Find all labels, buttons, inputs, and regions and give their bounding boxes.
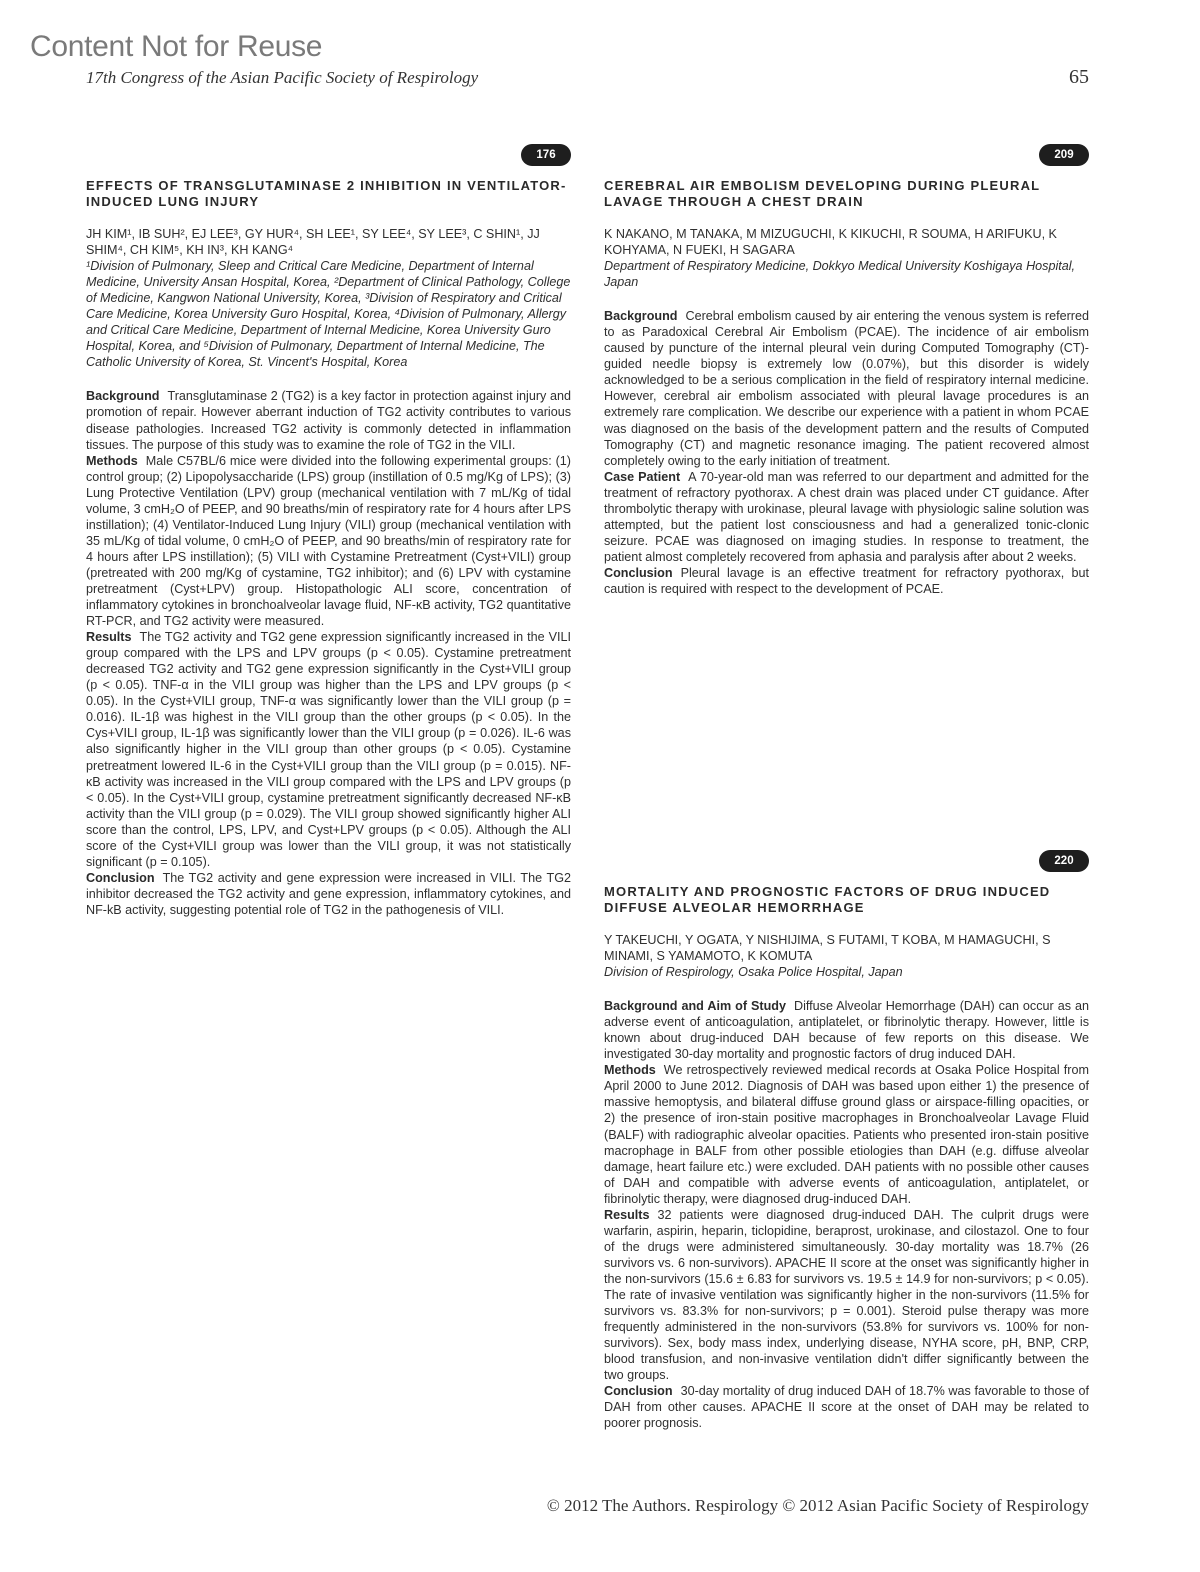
abstract-title: EFFECTS OF TRANSGLUTAMINASE 2 INHIBITION…	[86, 178, 571, 210]
section-label: Results	[604, 1208, 650, 1222]
abstract-176: 176 EFFECTS OF TRANSGLUTAMINASE 2 INHIBI…	[86, 144, 571, 918]
section-background: BackgroundTransglutaminase 2 (TG2) is a …	[86, 388, 571, 452]
section-label: Conclusion	[604, 566, 673, 580]
section-label: Background and Aim of Study	[604, 999, 786, 1013]
section-text: We retrospectively reviewed medical reco…	[604, 1063, 1089, 1205]
abstract-authors: JH KIM¹, IB SUH², EJ LEE³, GY HUR⁴, SH L…	[86, 226, 571, 258]
section-text: The TG2 activity and gene expression wer…	[86, 871, 571, 917]
section-label: Methods	[604, 1063, 656, 1077]
section-methods: MethodsMale C57BL/6 mice were divided in…	[86, 453, 571, 630]
section-text: The TG2 activity and TG2 gene expression…	[86, 630, 571, 869]
section-background-aim: Background and Aim of StudyDiffuse Alveo…	[604, 998, 1089, 1062]
section-text: Cerebral embolism caused by air entering…	[604, 309, 1089, 467]
section-text: 32 patients were diagnosed drug-induced …	[604, 1208, 1089, 1382]
abstract-209: 209 CEREBRAL AIR EMBOLISM DEVELOPING DUR…	[604, 144, 1089, 597]
section-label: Conclusion	[604, 1384, 673, 1398]
section-background: BackgroundCerebral embolism caused by ai…	[604, 308, 1089, 468]
page-number: 65	[1069, 66, 1089, 89]
abstract-number-badge: 209	[1039, 144, 1089, 166]
abstract-title: CEREBRAL AIR EMBOLISM DEVELOPING DURING …	[604, 178, 1089, 210]
abstract-affiliations: ¹Division of Pulmonary, Sleep and Critic…	[86, 258, 571, 370]
section-text: Pleural lavage is an effective treatment…	[604, 566, 1089, 596]
section-label: Background	[86, 389, 159, 403]
abstract-affiliations: Division of Respirology, Osaka Police Ho…	[604, 964, 1089, 980]
section-conclusion: ConclusionPleural lavage is an effective…	[604, 565, 1089, 597]
abstract-220: 220 MORTALITY AND PROGNOSTIC FACTORS OF …	[604, 850, 1089, 1431]
section-case-patient: Case PatientA 70-year-old man was referr…	[604, 469, 1089, 565]
right-column: 209 CEREBRAL AIR EMBOLISM DEVELOPING DUR…	[604, 144, 1089, 597]
abstract-affiliations: Department of Respiratory Medicine, Dokk…	[604, 258, 1089, 290]
abstract-number-badge: 220	[1039, 850, 1089, 872]
abstract-authors: K NAKANO, M TANAKA, M MIZUGUCHI, K KIKUC…	[604, 226, 1089, 258]
abstract-number-badge: 176	[521, 144, 571, 166]
section-text: 30-day mortality of drug induced DAH of …	[604, 1384, 1089, 1430]
watermark: Content Not for Reuse	[30, 30, 322, 64]
section-methods: MethodsWe retrospectively reviewed medic…	[604, 1062, 1089, 1206]
section-conclusion: ConclusionThe TG2 activity and gene expr…	[86, 870, 571, 918]
section-label: Results	[86, 630, 132, 644]
section-results: Results32 patients were diagnosed drug-i…	[604, 1207, 1089, 1384]
section-results: ResultsThe TG2 activity and TG2 gene exp…	[86, 629, 571, 870]
section-label: Conclusion	[86, 871, 155, 885]
abstract-title: MORTALITY AND PROGNOSTIC FACTORS OF DRUG…	[604, 884, 1089, 916]
running-head: 17th Congress of the Asian Pacific Socie…	[86, 68, 478, 88]
copyright-footer: © 2012 The Authors. Respirology © 2012 A…	[547, 1496, 1089, 1516]
section-label: Methods	[86, 454, 138, 468]
section-conclusion: Conclusion30-day mortality of drug induc…	[604, 1383, 1089, 1431]
section-text: Male C57BL/6 mice were divided into the …	[86, 454, 571, 628]
abstract-authors: Y TAKEUCHI, Y OGATA, Y NISHIJIMA, S FUTA…	[604, 932, 1089, 964]
left-column: 176 EFFECTS OF TRANSGLUTAMINASE 2 INHIBI…	[86, 144, 571, 918]
section-label: Background	[604, 309, 677, 323]
section-label: Case Patient	[604, 470, 680, 484]
